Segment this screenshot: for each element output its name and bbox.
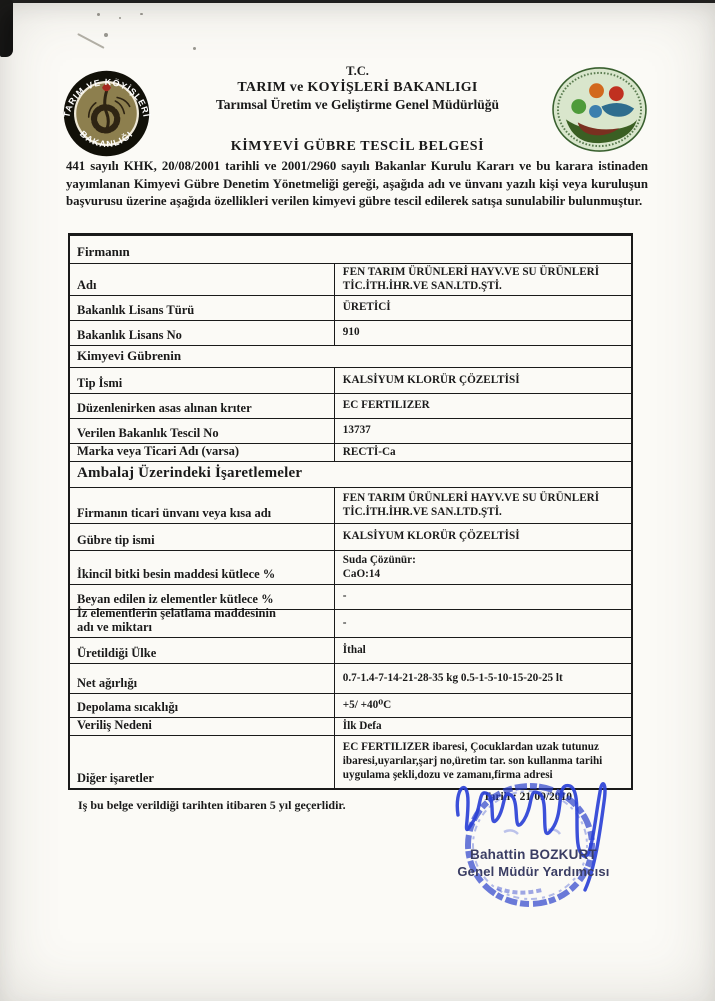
signer-title: Genel Müdür Yardımcısı [431, 864, 636, 879]
row-value: Suda Çözünür: CaO:14 [335, 551, 631, 584]
row-value: İthal [335, 638, 631, 663]
table-row: Depolama sıcaklığı +5/ +40⁰C [70, 694, 631, 718]
scan-mark [193, 47, 196, 50]
table-row: Marka veya Ticari Adı (varsa)RECTİ-Ca [70, 444, 631, 462]
row-label: Marka veya Ticari Adı (varsa) [70, 444, 335, 461]
header-ministry: TARIM ve KOYİŞLERİ BAKANLIGI [0, 79, 715, 96]
row-value: İlk Defa [335, 718, 631, 735]
row-value: FEN TARIM ÜRÜNLERİ HAYV.VE SU ÜRÜNLERİ T… [335, 264, 631, 295]
table-row: Üretildiği Ülkeİthal [70, 638, 631, 664]
signer-name: Bahattin BOZKURT [431, 847, 636, 862]
section-label: Kimyevi Gübrenin [70, 346, 185, 367]
table-row: Bakanlık Lisans No910 [70, 321, 631, 346]
scan-mark [97, 13, 100, 16]
row-label: Depolama sıcaklığı [70, 694, 335, 717]
document-page: TARIM VE KÖYİŞLERİ BAKANLIĞI T.C. TARIM … [0, 0, 715, 1001]
scan-mark [140, 13, 143, 15]
document-header: T.C. TARIM ve KOYİŞLERİ BAKANLIGI Tarıms… [0, 64, 715, 155]
row-value: EC FERTILIZER [335, 394, 631, 418]
row-value: - [335, 610, 631, 637]
row-label: Düzenlenirken asas alınan krıter [70, 394, 335, 418]
row-value: KALSİYUM KLORÜR ÇÖZELTİSİ [335, 368, 631, 393]
row-label: Diğer işaretler [70, 736, 335, 788]
official-stamp [452, 760, 624, 912]
row-label: İkincil bitki besin maddesi kütlece % [70, 551, 335, 584]
table-section-row: Firmanın [70, 236, 631, 264]
stamp-and-signature-icon [452, 760, 624, 912]
row-value: 13737 [335, 419, 631, 443]
certificate-table: FirmanınAdıFEN TARIM ÜRÜNLERİ HAYV.VE SU… [68, 233, 633, 790]
header-directorate: Tarımsal Üretim ve Geliştirme Genel Müdü… [0, 96, 715, 113]
row-value: RECTİ-Ca [335, 444, 631, 461]
row-label: Tip İsmi [70, 368, 335, 393]
scan-mark [77, 33, 104, 48]
row-label: Gübre tip ismi [70, 524, 335, 550]
document-title: KİMYEVİ GÜBRE TESCİL BELGESİ [0, 139, 715, 155]
section-label: Firmanın [70, 236, 134, 263]
scan-mark [119, 17, 121, 19]
row-label: İz elementlerin şelatlama maddesinin adı… [70, 610, 335, 637]
table-row: AdıFEN TARIM ÜRÜNLERİ HAYV.VE SU ÜRÜNLER… [70, 264, 631, 296]
row-label: Veriliş Nedeni [70, 718, 335, 735]
header-tc: T.C. [0, 64, 715, 79]
row-value: KALSİYUM KLORÜR ÇÖZELTİSİ [335, 524, 631, 550]
table-row: İz elementlerin şelatlama maddesinin adı… [70, 610, 631, 638]
scan-edge-top [0, 0, 715, 3]
table-row: Bakanlık Lisans TürüÜRETİCİ [70, 296, 631, 321]
row-value: ÜRETİCİ [335, 296, 631, 320]
table-row: Tip İsmiKALSİYUM KLORÜR ÇÖZELTİSİ [70, 368, 631, 394]
row-label: Üretildiği Ülke [70, 638, 335, 663]
row-label: Bakanlık Lisans No [70, 321, 335, 345]
intro-paragraph: 441 sayılı KHK, 20/08/2001 tarihli ve 20… [66, 158, 648, 211]
row-label: Net ağırlığı [70, 664, 335, 693]
row-label: Firmanın ticari ünvanı veya kısa adı [70, 488, 335, 523]
table-section-row: Kimyevi Gübrenin [70, 346, 631, 368]
table-row: Firmanın ticari ünvanı veya kısa adıFEN … [70, 488, 631, 524]
table-section-row: Ambalaj Üzerindeki İşaretlemeler [70, 462, 631, 488]
table-row: Gübre tip ismiKALSİYUM KLORÜR ÇÖZELTİSİ [70, 524, 631, 551]
table-row: Verilen Bakanlık Tescil No13737 [70, 419, 631, 444]
table-row: Net ağırlığı0.7-1.4-7-14-21-28-35 kg 0.5… [70, 664, 631, 694]
row-label: Bakanlık Lisans Türü [70, 296, 335, 320]
row-label: Adı [70, 264, 335, 295]
row-label: Verilen Bakanlık Tescil No [70, 419, 335, 443]
row-value: +5/ +40⁰C [335, 694, 631, 717]
row-value: FEN TARIM ÜRÜNLERİ HAYV.VE SU ÜRÜNLERİ T… [335, 488, 631, 523]
row-value: 0.7-1.4-7-14-21-28-35 kg 0.5-1-5-10-15-2… [335, 664, 631, 693]
table-row: Düzenlenirken asas alınan krıterEC FERTI… [70, 394, 631, 419]
row-value: 910 [335, 321, 631, 345]
row-value: - [335, 585, 631, 609]
validity-note: Iş bu belge verildiği tarihten itibaren … [78, 798, 346, 813]
scan-edge-left [0, 0, 13, 57]
table-row: İkincil bitki besin maddesi kütlece %Sud… [70, 551, 631, 585]
section-label: Ambalaj Üzerindeki İşaretlemeler [70, 462, 306, 487]
scan-mark [104, 33, 108, 37]
table-row: Veriliş Nedeniİlk Defa [70, 718, 631, 736]
